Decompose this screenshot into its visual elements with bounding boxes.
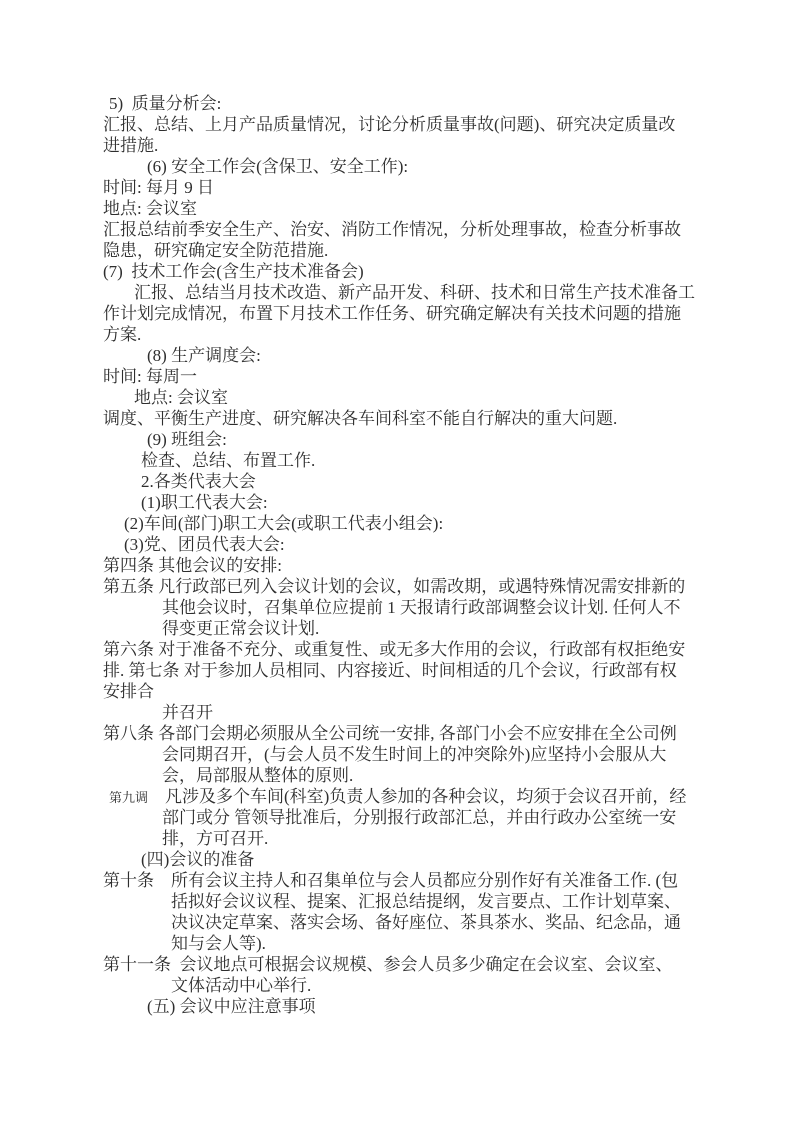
doc-line: (1)职工代表大会: (103, 492, 705, 513)
doc-line: (2)车间(部门)职工大会(或职工代表小组会): (103, 513, 705, 534)
doc-line: 排. 第七条 对于参加人员相同、内容接近、时间相适的几个会议，行政部有权 (103, 660, 705, 681)
doc-line: 第九调凡涉及多个车间(科室)负责人参加的各种会议，均须于会议召开前，经 (103, 786, 705, 807)
doc-line: 进措施. (103, 135, 705, 156)
doc-line: 作计划完成情况，布置下月技术工作任务、研究确定解决有关技术问题的措施 (103, 303, 705, 324)
doc-line-rest: 凡涉及多个车间(科室)负责人参加的各种会议，均须于会议召开前，经 (165, 787, 686, 806)
doc-line: 隐患，研究确定安全防范措施. (103, 240, 705, 261)
doc-line: 第六条 对于准备不充分、或重复性、或无多大作用的会议，行政部有权拒绝安 (103, 639, 705, 660)
doc-line: 汇报、总结、上月产品质量情况，讨论分析质量事故(问题)、研究决定质量改 (103, 114, 705, 135)
doc-line: 部门或分 管领导批准后，分别报行政部汇总，并由行政办公室统一安 (103, 807, 705, 828)
doc-line: 时间: 每周一 (103, 366, 705, 387)
doc-line: (6) 安全工作会(含保卫、安全工作): (103, 156, 705, 177)
doc-line: 汇报、总结当月技术改造、新产品开发、科研、技术和日常生产技术准备工 (103, 282, 705, 303)
doc-line: (五) 会议中应注意事项 (103, 996, 705, 1017)
doc-line: 知与会人等). (103, 933, 705, 954)
doc-line: 汇报总结前季安全生产、治安、消防工作情况，分析处理事故，检查分析事故 (103, 219, 705, 240)
doc-line: 得变更正常会议计划. (103, 618, 705, 639)
doc-line: (3)党、团员代表大会: (103, 534, 705, 555)
doc-line: (8) 生产调度会: (103, 345, 705, 366)
doc-line: 其他会议时，召集单位应提前 1 天报请行政部调整会议计划. 任何人不 (103, 597, 705, 618)
doc-line: 排，方可召开. (103, 828, 705, 849)
doc-line: 第十一条 会议地点可根据会议规模、参会人员多少确定在会议室、会议室、 (103, 954, 705, 975)
doc-line: (9) 班组会: (103, 429, 705, 450)
doc-line: 文体活动中心举行. (103, 975, 705, 996)
doc-line: 括拟好会议议程、提案、汇报总结提纲，发言要点、工作计划草案、 (103, 891, 705, 912)
doc-line: 第十条 所有会议主持人和召集单位与会人员都应分别作好有关准备工作. (包 (103, 870, 705, 891)
doc-line: 第四条 其他会议的安排: (103, 555, 705, 576)
doc-line: 调度、平衡生产进度、研究解决各车间科室不能自行解决的重大问题. (103, 408, 705, 429)
doc-line: 方案. (103, 324, 705, 345)
doc-line: 地点: 会议室 (103, 387, 705, 408)
doc-line-term: 第九调 (109, 790, 148, 805)
doc-line: 安排合 (103, 681, 705, 702)
doc-line: 5) 质量分析会: (103, 93, 705, 114)
doc-line: 决议决定草案、落实会场、备好座位、茶具茶水、奖品、纪念品，通 (103, 912, 705, 933)
document-page: 5) 质量分析会: 汇报、总结、上月产品质量情况，讨论分析质量事故(问题)、研究… (0, 0, 793, 1122)
doc-line: 检查、总结、布置工作. (103, 450, 705, 471)
doc-line: 第八条 各部门会期必须服从全公司统一安排, 各部门小会不应安排在全公司例 (103, 723, 705, 744)
doc-line: 第五条 凡行政部已列入会议计划的会议，如需改期，或遇特殊情况需安排新的 (103, 576, 705, 597)
doc-line: (四)会议的准备 (103, 849, 705, 870)
doc-line: 并召开 (103, 702, 705, 723)
doc-line: 2.各类代表大会 (103, 471, 705, 492)
doc-line: 会同期召开，(与会人员不发生时间上的冲突除外)应坚持小会服从大 (103, 744, 705, 765)
doc-line: (7) 技术工作会(含生产技术准备会) (103, 261, 705, 282)
doc-line: 时间: 每月 9 日 (103, 177, 705, 198)
doc-line: 会，局部服从整体的原则. (103, 765, 705, 786)
doc-line: 地点: 会议室 (103, 198, 705, 219)
